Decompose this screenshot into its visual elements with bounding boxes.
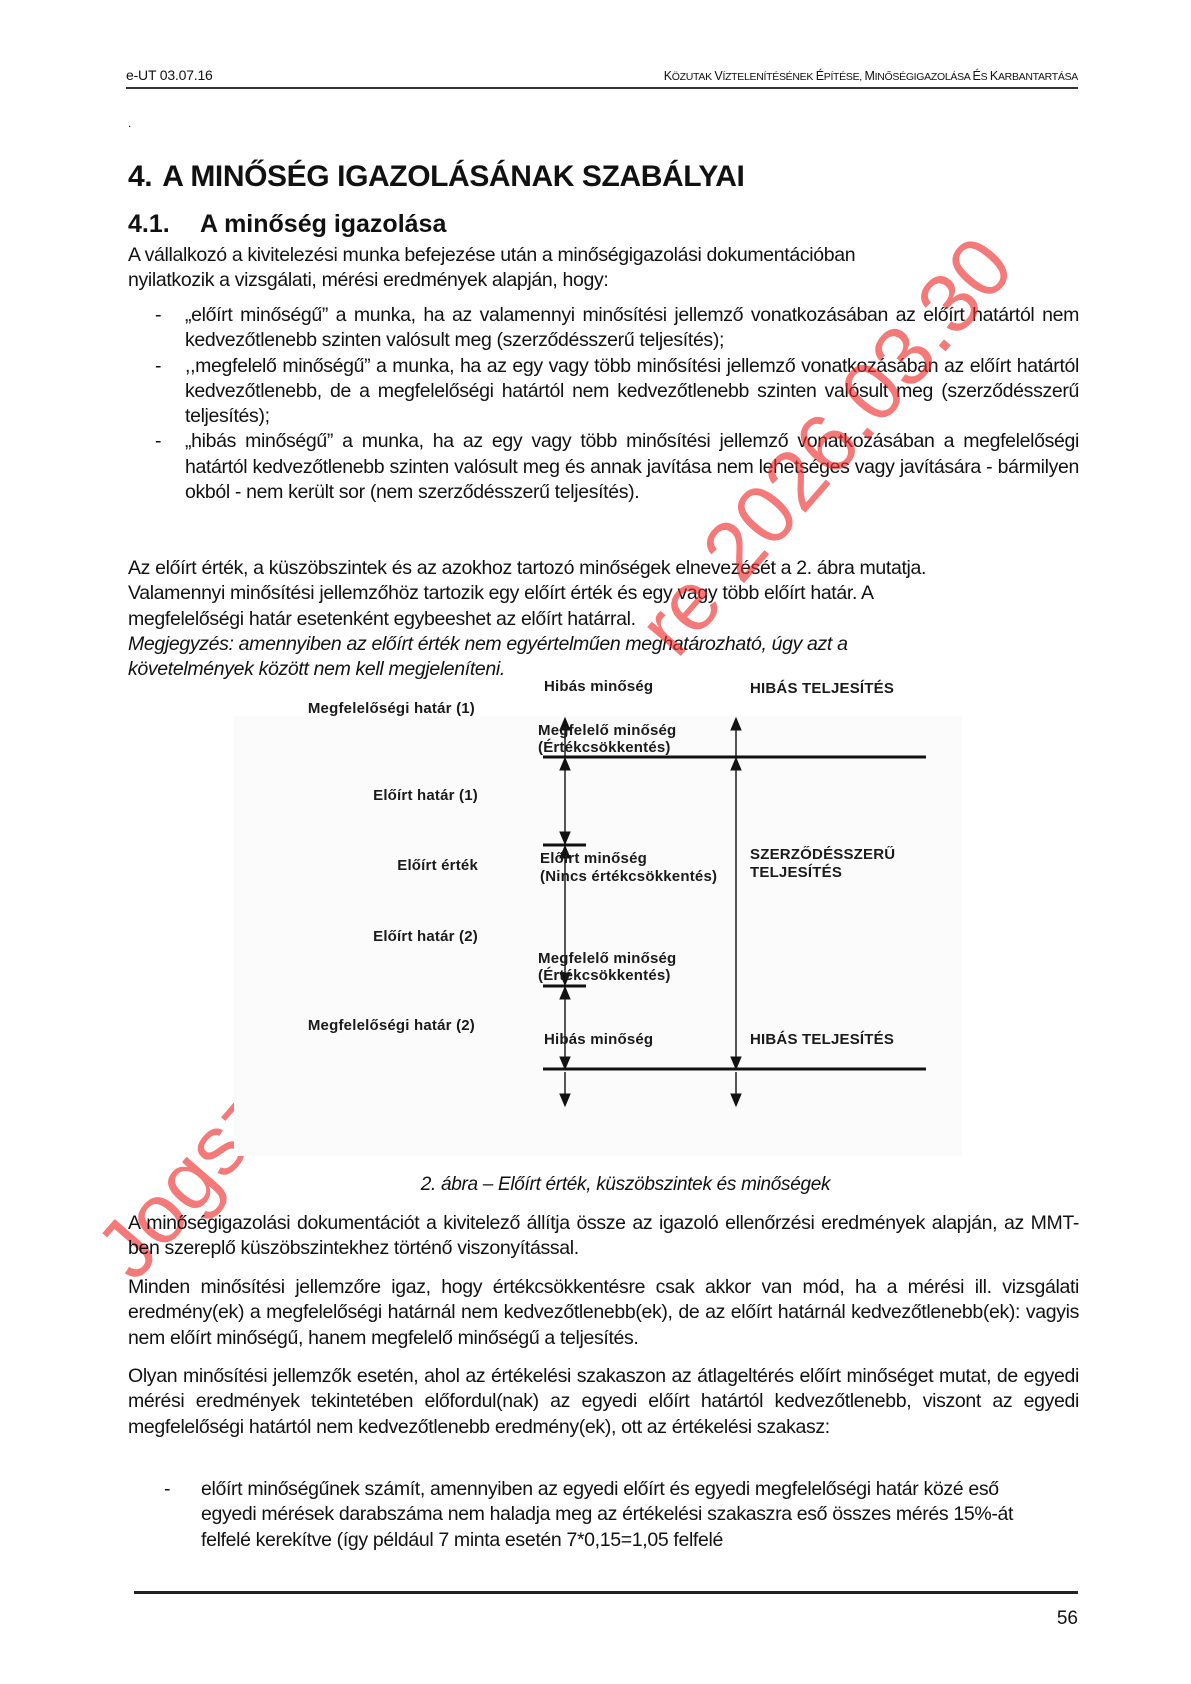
label-megfelelo-minoseg-top: Megfelelő minőség (Értékcsökkentés) bbox=[538, 722, 676, 756]
list-item: -,,megfelelő minőségű” a munka, ha az eg… bbox=[128, 354, 1079, 430]
quality-definitions-list: -„előírt minőségű” a munka, ha az valame… bbox=[128, 303, 1079, 505]
intro-line: nyilatkozik a vizsgálati, mérési eredmén… bbox=[128, 268, 1079, 293]
header-doc-code: e-UT 03.07.16 bbox=[126, 67, 213, 83]
figure-caption: 2. ábra – Előírt érték, küszöbszintek és… bbox=[0, 1174, 1191, 1196]
paragraph-value-reduction: Minden minősítési jellemzőre igaz, hogy … bbox=[128, 1275, 1079, 1351]
list-item: -„hibás minőségű” a munka, ha az egy vag… bbox=[128, 429, 1079, 505]
label-megfelelosegi-hatar-1: Megfelelőségi határ (1) bbox=[308, 700, 475, 717]
threshold-diagram: Megfelelőségi határ (1) Előírt határ (1)… bbox=[234, 716, 962, 1156]
stray-mark: . bbox=[128, 116, 131, 130]
intro-paragraph: A vállalkozó a kivitelezési munka befeje… bbox=[128, 243, 1079, 294]
section-number: 4. bbox=[128, 160, 152, 193]
label-eloirt-hatar-1: Előírt határ (1) bbox=[373, 787, 478, 804]
paragraph-evaluation-section: Olyan minősítési jellemzők esetén, ahol … bbox=[128, 1364, 1079, 1440]
intro-line: A vállalkozó a kivitelezési munka befeje… bbox=[128, 243, 1079, 268]
label-hibas-teljesites-bottom: HIBÁS TELJESÍTÉS bbox=[750, 1031, 894, 1048]
label-hibas-teljesites-top: HIBÁS TELJESÍTÉS bbox=[750, 680, 894, 697]
label-megfelelosegi-hatar-2: Megfelelőségi határ (2) bbox=[308, 1017, 475, 1034]
label-szerzodesszeru-teljesites: SZERZŐDÉSSZERŰ TELJESÍTÉS bbox=[750, 846, 900, 882]
label-eloirt-minoseg: Előírt minőség (Nincs értékcsökkentés) bbox=[540, 850, 717, 886]
subsection-number: 4.1. bbox=[128, 210, 200, 239]
document-page: e-UT 03.07.16 KÖZUTAK VÍZTELENÍTÉSÉNEK É… bbox=[0, 0, 1191, 1684]
figure-reference-paragraph: Az előírt érték, a küszöbszintek és az a… bbox=[128, 556, 1079, 682]
label-megfelelo-minoseg-bottom: Megfelelő minőség (Értékcsökkentés) bbox=[538, 950, 676, 984]
footer-rule bbox=[134, 1591, 1078, 1594]
section-heading: 4.A MINŐSÉG IGAZOLÁSÁNAK SZABÁLYAI bbox=[128, 160, 744, 194]
label-eloirt-ertek: Előírt érték bbox=[397, 857, 478, 874]
evaluation-list: -előírt minőségűnek számít, amennyiben a… bbox=[128, 1477, 1079, 1553]
header-rule bbox=[126, 87, 1078, 89]
diagram-lines bbox=[234, 716, 962, 1156]
list-item: -„előírt minőségű” a munka, ha az valame… bbox=[128, 303, 1079, 354]
label-hibas-minoseg-bottom: Hibás minőség bbox=[544, 1031, 653, 1048]
subsection-title: A minőség igazolása bbox=[200, 210, 446, 238]
paragraph-documentation: A minőségigazolási dokumentációt a kivit… bbox=[128, 1211, 1079, 1262]
section-title: A MINŐSÉG IGAZOLÁSÁNAK SZABÁLYAI bbox=[162, 160, 744, 193]
header-doc-title: KÖZUTAK VÍZTELENÍTÉSÉNEK ÉPÍTÉSE, MINŐSÉ… bbox=[664, 69, 1078, 83]
note: Megjegyzés: amennyiben az előírt érték n… bbox=[128, 632, 1079, 657]
subsection-heading: 4.1.A minőség igazolása bbox=[128, 210, 446, 239]
list-item: -előírt minőségűnek számít, amennyiben a… bbox=[128, 1477, 1079, 1553]
page-number: 56 bbox=[1057, 1608, 1078, 1630]
label-eloirt-hatar-2: Előírt határ (2) bbox=[373, 928, 478, 945]
label-hibas-minoseg-top: Hibás minőség bbox=[544, 678, 653, 695]
